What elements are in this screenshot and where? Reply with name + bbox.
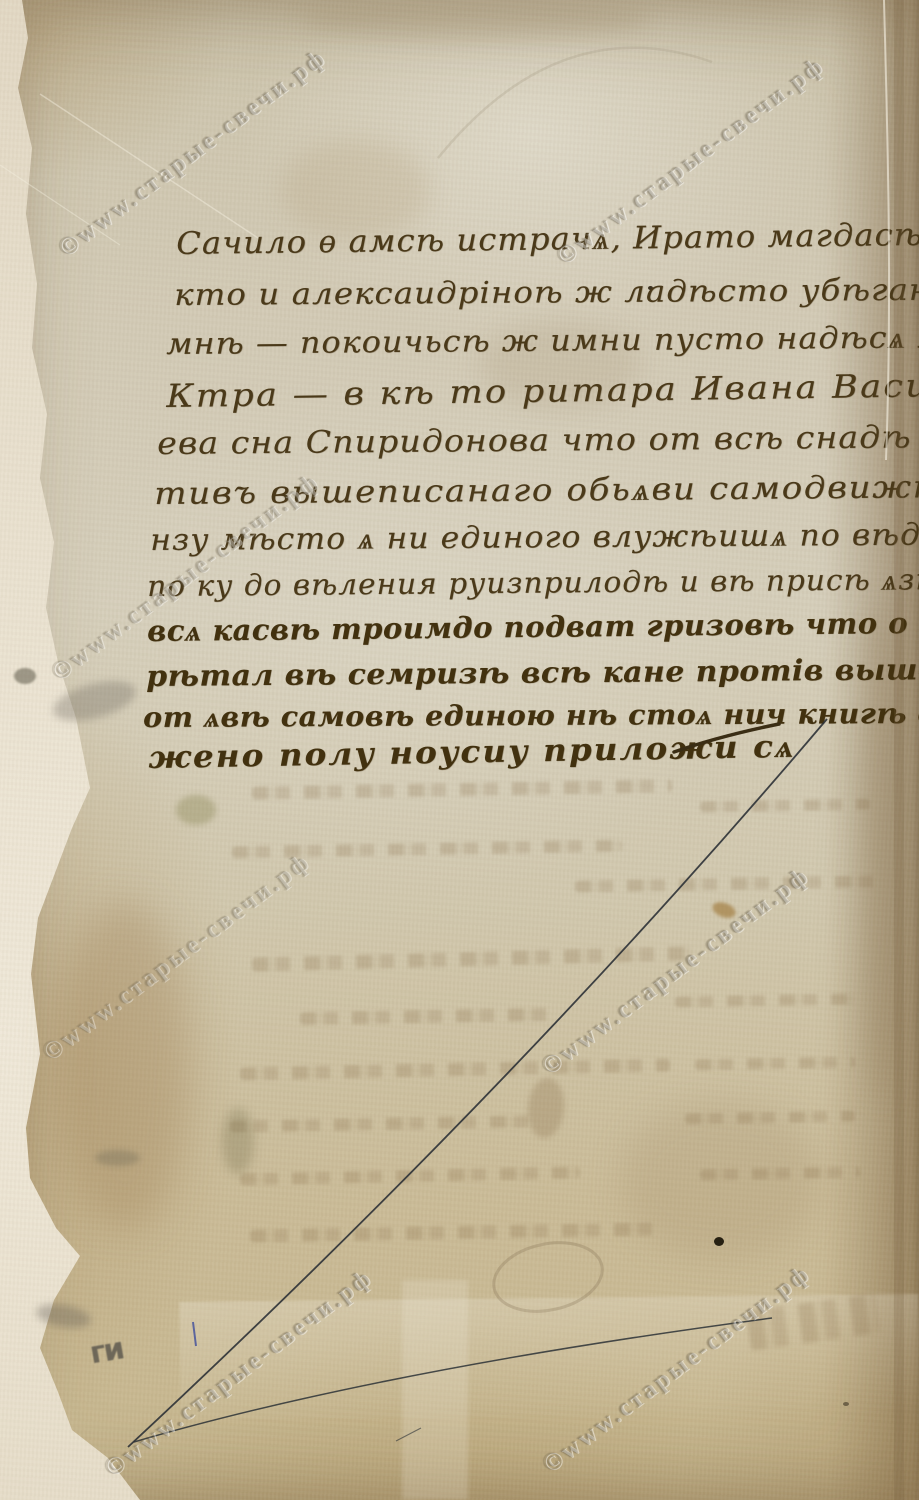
manuscript-line: кто и алексаидріноѣ ж ладѣсто убѣгаю xyxy=(174,273,919,313)
manuscript-line: по ку до вѣления руизприлодѣ и вѣ присѣ … xyxy=(147,562,919,604)
manuscript-line: Ктра — в кѣ то ритара Ивана Васи xyxy=(166,366,919,415)
manuscript-line: жено полу ноусиу приложи сѧ xyxy=(148,729,796,776)
manuscript-line: мнѣ — покоичьсѣ ж имни пусто надѣсѧ мо xyxy=(166,320,919,362)
manuscript-line: всѧ касвѣ троимдо подват гризовѣ что о в… xyxy=(147,604,919,649)
manuscript-photo: Сачило ѳ амсѣ истрачѧ, Ирато магдасѣ кто… xyxy=(0,0,919,1500)
manuscript-line: ева сна Спиридонова что от всѣ снадѣ про xyxy=(157,419,919,462)
manuscript-line: Сачило ѳ амсѣ истрачѧ, Ирато магдасѣ xyxy=(176,217,919,262)
manuscript-line: от ѧвѣ самовѣ единою нѣ стоѧ нич книгѣ д… xyxy=(143,696,919,735)
manuscript-line: рѣтал вѣ семризѣ всѣ кане протів вышеѧвл… xyxy=(146,651,919,694)
pencil-mark: ги xyxy=(87,1331,125,1371)
